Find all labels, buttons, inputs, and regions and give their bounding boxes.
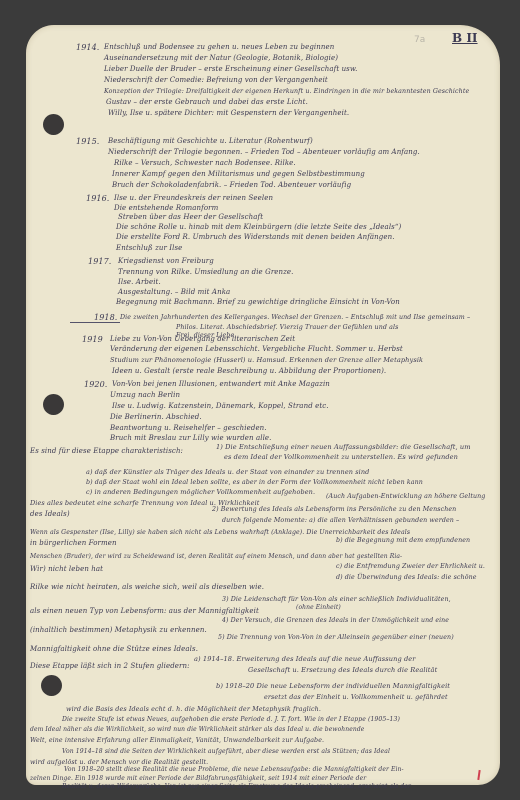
page-label: B II [452,31,478,45]
entry-line: Auseinandersetzung mit der Natur (Geolog… [104,54,338,63]
entry-line: Veränderung der eigenen Lebensschicht. V… [110,345,403,354]
pencil-note: 7a [414,35,425,45]
analysis-point: durch folgende Momente: a) die allen Ver… [222,516,459,525]
analysis-text: (Auch Aufgaben-Entwicklung an höhere Gel… [326,492,485,501]
entry-line: Ilse u. Ludwig. Katzenstein, Dänemark, K… [112,402,329,411]
punch-hole [41,675,62,696]
analysis-intro: Es sind für diese Etappe charakteristisc… [30,447,183,456]
phases-intro: Diese Etappe läßt sich in 2 Stufen glied… [30,662,190,671]
entry-line: Ideen u. Gestalt (erste reale Beschreibu… [112,367,386,376]
entry-line: Niederschrift der Trilogie begonnen. – F… [108,148,420,157]
conclusion-line: Die zweite Stufe ist etwas Neues, aufgeh… [62,715,400,724]
entry-line: Rilke – Versuch, Schwester nach Bodensee… [114,159,296,168]
entry-line: Willy, Ilse u. spätere Dichter: mit Gesp… [108,109,349,118]
punch-hole [43,394,64,415]
conclusion-line: dem Ideal näher als die Wirklichkeit, so… [30,725,364,734]
analysis-text: in bürgerlichen Formen [30,539,117,548]
entry-line: Streben über das Heer der Gesellschaft [118,213,263,222]
conclusion-line: Von 1918–20 stellt diese Realität die ne… [64,765,404,774]
year-1920: 1920. [84,380,107,389]
entry-line: Studium zur Phänomenologie (Husserl) u. … [110,356,423,365]
conclusion-line: Von 1914–18 sind die Seiten der Wirklich… [62,747,390,756]
entry-line: Kriegsdienst von Freiburg [118,257,214,266]
conclusion-line: Welt, eine intensive Erfahrung aller Ein… [30,736,324,745]
entry-line: Gustav – der erste Gebrauch und dabei da… [106,98,308,107]
analysis-point: (ohne Einheit) [296,603,341,612]
analysis-sub: a) daß der Künstler als Träger des Ideal… [86,468,369,477]
entry-line: Die Berlinerin. Abschied. [110,413,202,422]
red-mark [477,770,480,780]
entry-line: Begegnung mit Bachmann. Brief zu gewicht… [116,298,400,307]
entry-line: Die entstehende Romanform [114,204,218,213]
entry-line: Die schöne Rolle u. hinab mit dem Kleinb… [116,223,401,232]
entry-line: Konzeption der Trilogie: Dreifaltigkeit … [104,87,469,96]
analysis-text: Wir) nicht leben hat [30,565,103,574]
analysis-text: (inhaltlich bestimmen) Metaphysik zu erk… [30,626,207,635]
analysis-sub: c) in anderen Bedingungen möglicher Voll… [86,488,315,497]
entry-line: Ilse. Arbeit. [118,278,161,287]
analysis-point: 4) Der Versuch, die Grenzen des Ideals i… [222,616,449,625]
phase-b: b) 1918–20 Die neue Lebensform der indiv… [216,682,450,691]
phase-a: a) 1914–18. Erweiterung des Ideals auf d… [194,655,416,664]
year-1917: 1917. [88,257,111,266]
analysis-text: des Ideals) [30,510,70,519]
analysis-text: Menschen (Bruder), der wird zu Scheidewa… [30,552,402,561]
entry-line: Beantwortung u. Reisehelfer – geschieden… [110,424,267,433]
entry-line: Bruch mit Breslau zur Lilly wie wurden a… [110,434,271,443]
entry-line: Niederschrift der Comedie: Befreiung von… [104,76,328,85]
entry-line: Die zweiten Jahrhunderten des Kellergang… [120,313,470,322]
entry-line: Ilse u. der Freundeskreis der reinen See… [114,194,273,203]
entry-line: Umzug nach Berlin [110,391,180,400]
analysis-text: b) die Begegnung mit dem empfundenen [336,536,470,545]
conclusion-line: Realität u. deren Widersprüche. Von ist … [62,782,411,791]
analysis-sub: b) daß der Staat wohl ein Ideal leben so… [86,478,423,487]
entry-line: Von-Von bei jenen Illusionen, entwandert… [112,380,330,389]
analysis-text: d) die Überwindung des Ideals: die schön… [336,573,477,582]
analysis-text: als einen neuen Typ von Lebensform: aus … [30,607,259,616]
analysis-point: 2) Bewertung des Ideals als Lebensform i… [212,505,456,514]
year-1916: 1916. [86,194,109,203]
analysis-text: c) die Entfremdung Zweier der Ehrlichkei… [336,562,485,571]
entry-line: Trennung von Rilke. Umsiedlung an die Gr… [118,268,293,277]
entry-line: Lieber Duelle der Bruder – erste Erschei… [104,65,357,74]
entry-line: Entschluß zur Ilse [116,244,182,253]
year-1918: 1918. [94,313,117,322]
entry-line: Liebe zu Von-Von Uebergang der literaris… [110,335,295,344]
manuscript-page: 7a B II 1914. Entschluß und Bodensee zu … [26,25,500,785]
year-1914: 1914. [76,43,99,52]
phase-b-cont: ersetzt das der Einheit u. Vollkommenhei… [264,693,448,702]
analysis-point: 5) Die Trennung von Von-Von in der Allei… [218,633,454,642]
punch-hole [43,114,64,135]
analysis-text: Mannigfaltigkeit ohne die Stütze eines I… [30,645,198,654]
divider-rule [70,322,120,323]
year-1915: 1915. [76,137,99,146]
analysis-point: es dem Ideal der Vollkommenheit zu unter… [224,453,458,462]
entry-line: Beschäftigung mit Geschichte u. Literatu… [108,137,313,146]
phase-a-cont: Gesellschaft u. Ersetzung des Ideals dur… [248,666,437,675]
year-1919: 1919 [82,335,103,344]
entry-line: Entschluß und Bodensee zu gehen u. neues… [104,43,334,52]
entry-line: Innerer Kampf gegen den Militarismus und… [112,170,365,179]
entry-line: Bruch der Schokoladenfabrik. – Frieden T… [112,181,351,190]
analysis-text: Rilke wie nicht heiraten, als weiche sic… [30,583,264,592]
analysis-point: 1) Die Entschließung einer neuen Auffass… [216,443,471,452]
conclusion-line: wird die Basis des Ideals echt d. h. die… [66,705,321,714]
entry-line: Die erstellte Ford R. Umbruch des Widers… [116,233,395,242]
entry-line: Ausgestaltung. – Bild mit Anka [118,288,230,297]
